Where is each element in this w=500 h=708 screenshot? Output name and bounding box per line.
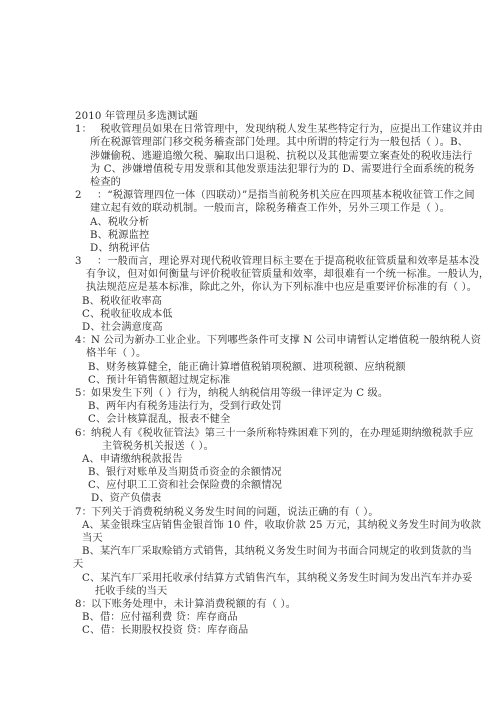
option: D、纳税评估 [75,242,453,255]
option-continuation: 托收手续的当天 [75,585,453,598]
option: D、社会满意度高 [75,321,453,334]
option: C、预计年销售额超过规定标准 [75,374,453,387]
option: B、两年内有税务违法行为，受到行政处罚 [75,400,453,413]
question-text: 格半年（ ）。 [75,347,453,360]
question-number: 6： [75,427,91,440]
option: B、财务核算健全，能正确计算增值税销项税额、进项税额、应纳税额 [75,361,453,374]
question-6: 6：纳税人有《税收征管法》第三十一条所称特殊困难下列的，在办理延期纳缴税款手应 [75,427,453,440]
option: B、银行对账单及当期货币资金的余额情况 [75,466,453,479]
question-number: 7： [75,506,91,519]
question-number: 4： [75,334,91,347]
question-text: 主管税务机关报送（ ）。 [75,440,453,453]
option: B、税收征收率高 [75,295,453,308]
option: A、某金银珠宝店销售金银首饰 10 件，收取价款 25 万元，其纳税义务发生时间… [75,519,453,532]
option: C、某汽车厂采用托收承付结算方式销售汽车，其纳税义务发生时间为发出汽车并办妥 [75,572,453,585]
question-text: 所在税源管理部门移交税务稽查部门处理。其中所谓的特定行为一般包括（ ）。B、 [75,136,453,149]
option: D、资产负债表 [75,492,453,505]
question-text: 执法规范应是基本标准，除此之外，你认为下列标准中也应是重要评价标准的有（ ）。 [75,281,453,294]
question-text: 以下账务处理中，未计算消费税额的有（ ）。 [91,599,296,610]
question-text: 纳税人有《税收征管法》第三十一条所称特殊困难下列的，在办理延期纳缴税款手应 [91,428,473,439]
option: C、税收征收成本低 [75,308,453,321]
question-number: 3 [75,255,97,268]
question-text: 检查的 [75,176,453,189]
question-text: 建立起有效的联动机制。一般而言，除税务稽查工作外，另外三项工作是（ ）。 [75,202,453,215]
question-3: 3：一般而言，理论界对现代税收管理目标主要在于提高税收征管质量和效率是基本没 [75,255,453,268]
option: A、申请缴纳税款报告 [75,453,453,466]
option: C、应付职工工资和社会保险费的余额情况 [75,479,453,492]
option: B、税源监控 [75,229,453,242]
question-text: 税收管理员如果在日常管理中，发现纳税人发生某些特定行为，应提出工作建议并由 [97,124,483,135]
question-number: 5： [75,387,91,400]
question-number: 1： [75,123,97,136]
question-text: 有争议，但对如何衡量与评价税收征管质量和效率，却很难有一个统一标准。一般认为， [75,268,453,281]
question-number: 2 [75,189,97,202]
question-text: 为 C、涉嫌增值税专用发票和其他发票违法犯罪行为的 D、需要进行全面系统的税务 [75,163,453,176]
question-8: 8：以下账务处理中，未计算消费税额的有（ ）。 [75,598,453,611]
question-text: 如果发生下列（ ）行为，纳税人纳税信用等级一律评定为 C 级。 [91,388,388,399]
question-7: 7：下列关于消费税纳税义务发生时间的问题，说法正确的有（ ）。 [75,506,453,519]
option: C、借：长期股权投资 贷：库存商品 [75,624,453,637]
question-5: 5：如果发生下列（ ）行为，纳税人纳税信用等级一律评定为 C 级。 [75,387,453,400]
question-text: 涉嫌偷税、逃避追缴欠税、骗取出口退税、抗税以及其他需要立案查处的税收违法行 [75,150,453,163]
question-1: 1： 税收管理员如果在日常管理中，发现纳税人发生某些特定行为，应提出工作建议并由 [75,123,453,136]
question-2: 2：“税源管理四位一体（四联动）”是指当前税务机关应在四项基本税收征管工作之间 [75,189,453,202]
option: B、某汽车厂采取赊销方式销售，其纳税义务发生时间为书面合同规定的收到货款的当 [75,545,453,558]
document-page: 2010 年管理员多选测试题 1： 税收管理员如果在日常管理中，发现纳税人发生某… [75,110,453,638]
question-text: N 公司为新办工业企业。下列哪些条件可支撑 N 公司申请暂认定增值税一般纳税人资 [91,335,481,346]
option: A、税收分析 [75,216,453,229]
question-number: 8： [75,598,91,611]
option-continuation: 天 [73,558,453,571]
option: C、会计核算混乱，报表不健全 [75,413,453,426]
question-text: ：一般而言，理论界对现代税收管理目标主要在于提高税收征管质量和效率是基本没 [97,256,479,267]
option-continuation: 当天 [75,532,453,545]
document-title: 2010 年管理员多选测试题 [75,110,453,123]
question-4: 4：N 公司为新办工业企业。下列哪些条件可支撑 N 公司申请暂认定增值税一般纳税… [75,334,453,347]
option: B、借：应付福利费 贷：库存商品 [75,611,453,624]
question-text: ：“税源管理四位一体（四联动）”是指当前税务机关应在四项基本税收征管工作之间 [97,190,475,201]
question-text: 下列关于消费税纳税义务发生时间的问题，说法正确的有（ ）。 [91,507,379,518]
